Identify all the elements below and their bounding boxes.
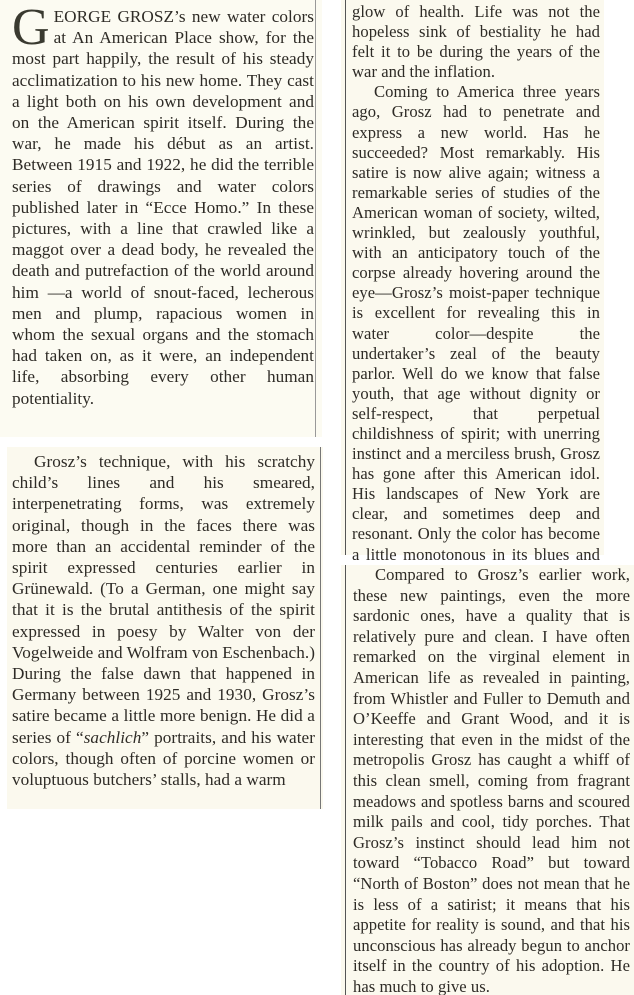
clipping-text: GEORGE GROSZ’s new water colors at An Am… — [12, 6, 314, 409]
paragraph-body: Grosz’s technique, with his scratchy chi… — [12, 452, 315, 747]
lead-smallcaps: EORGE GROSZ — [54, 7, 174, 26]
paragraph: Grosz’s technique, with his scratchy chi… — [12, 451, 315, 790]
clipping-opening: GEORGE GROSZ’s new water colors at An Am… — [0, 0, 322, 437]
italic-term: sachlich — [84, 728, 142, 747]
clipping-edge — [320, 447, 321, 809]
clipping-edge — [345, 0, 346, 555]
paragraph: Compared to Grosz’s earlier work, these … — [353, 565, 630, 995]
clipping-text: Grosz’s technique, with his scratchy chi… — [12, 451, 315, 790]
paragraph: glow of health. Life was not the hopeles… — [352, 2, 600, 82]
clipping-comparison: Compared to Grosz’s earlier work, these … — [341, 565, 634, 995]
drop-cap: G — [12, 8, 50, 48]
paragraph: GEORGE GROSZ’s new water colors at An Am… — [12, 6, 314, 409]
clipping-edge — [345, 565, 346, 995]
paragraph-body: ’s new water colors at An American Place… — [12, 7, 314, 408]
clipping-text: Compared to Grosz’s earlier work, these … — [353, 565, 630, 995]
clipping-technique: Grosz’s technique, with his scratchy chi… — [7, 447, 323, 809]
clipping-edge — [315, 0, 316, 437]
clipping-america: glow of health. Life was not the hopeles… — [341, 0, 604, 555]
